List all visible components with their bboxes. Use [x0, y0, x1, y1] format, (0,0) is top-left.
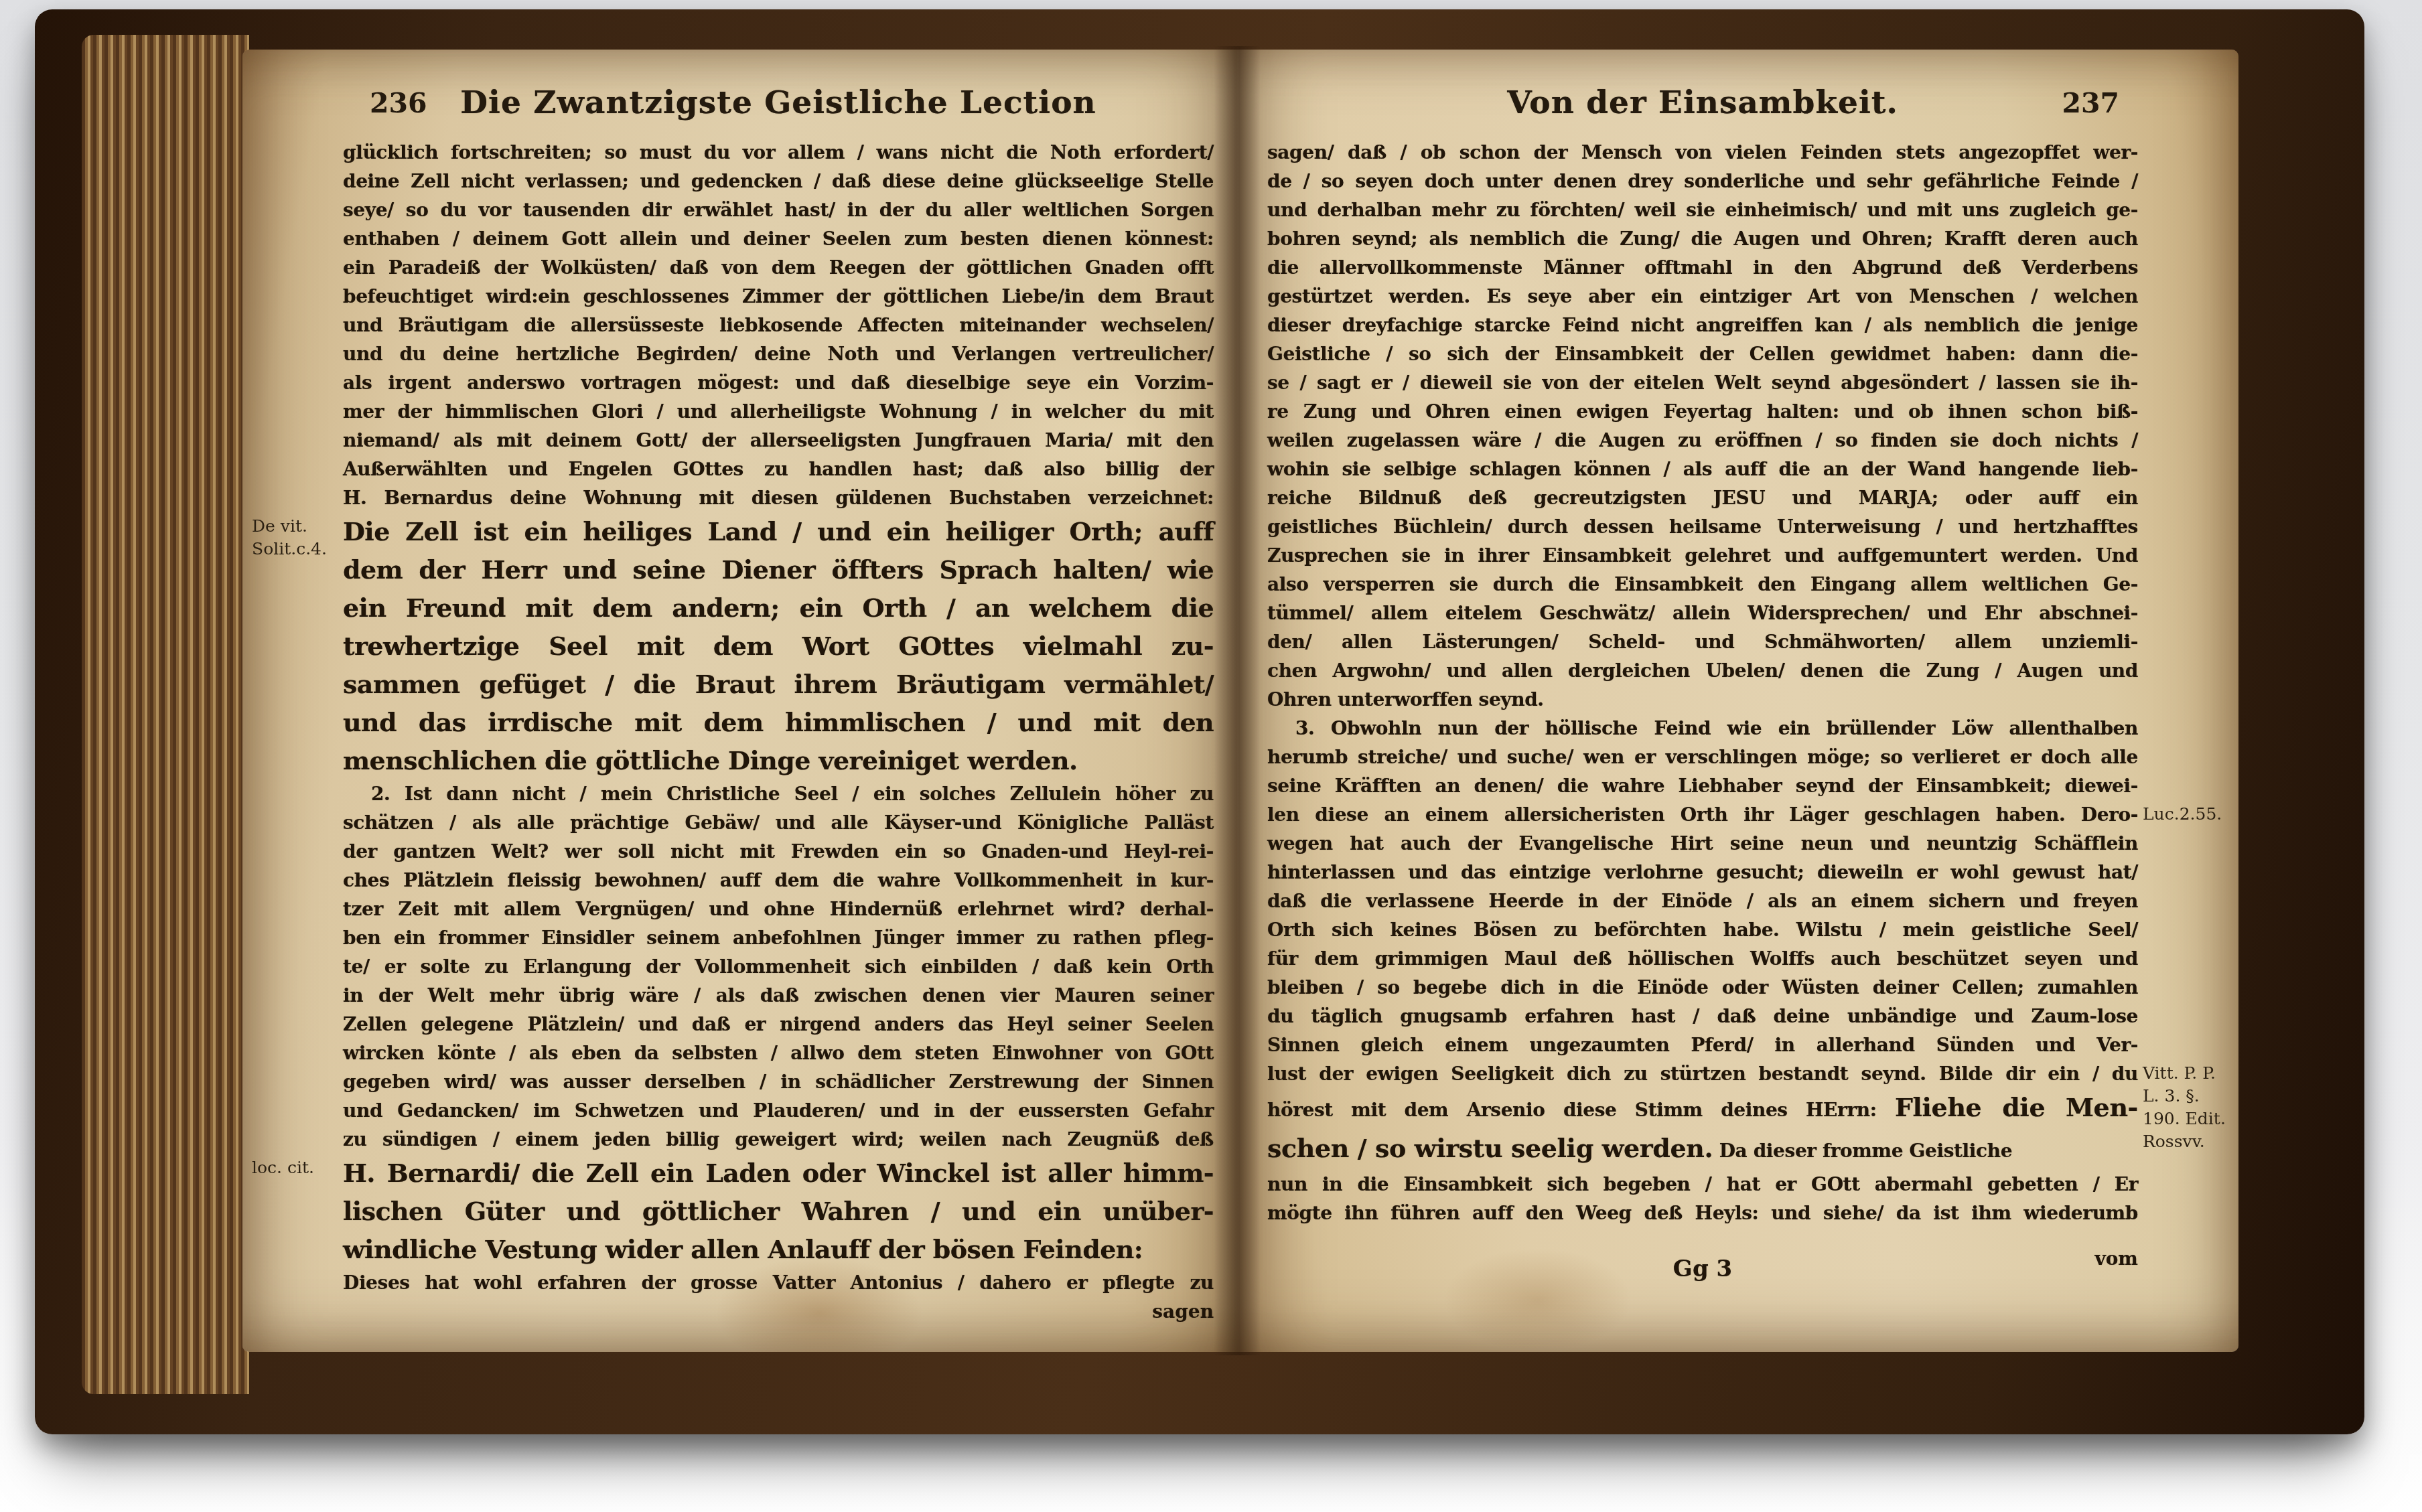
text-line: gegeben wird/ was ausser derselben / in … [343, 1067, 1214, 1096]
text-line: und derhalban mehr zu förchten/ weil sie… [1267, 196, 2138, 224]
text-line: den/ allen Lästerungen/ Scheld- und Schm… [1267, 627, 2138, 656]
right-text-block: sagen/ daß / ob schon der Mensch von vie… [1267, 138, 2138, 1227]
text-line: re Zung und Ohren einen ewigen Feyertag … [1267, 397, 2138, 426]
text-line: Sinnen gleich einem ungezaumten Pferd/ i… [1267, 1031, 2138, 1059]
text-line: als irgent anderswo vortragen mögest: un… [343, 368, 1214, 397]
text-line: hinterlassen und das eintzige verlohrne … [1267, 858, 2138, 887]
text-line: befeuchtiget wird:ein geschlossenes Zimm… [343, 282, 1214, 311]
text-line: schen / so wirstu seelig werden. Da dies… [1267, 1129, 2138, 1170]
text-line: dem der Herr und seine Diener öffters Sp… [343, 550, 1214, 589]
text-line: len diese an einem allersicheristen Orth… [1267, 800, 2138, 829]
left-header-title: Die Zwantzigste Geistliche Lection [343, 84, 1214, 121]
text-line: ches Plätzlein fleissig bewohnen/ auff d… [343, 866, 1214, 895]
left-page: 236 Die Zwantzigste Geistliche Lection g… [242, 50, 1237, 1352]
text-line: herumb streiche/ und suche/ wen er versc… [1267, 743, 2138, 771]
left-catchword: sagen [343, 1297, 1214, 1326]
text-line: mögte ihn führen auff den Weeg deß Heyls… [1267, 1199, 2138, 1227]
left-page-number: 236 [370, 87, 427, 119]
text-line: se / sagt er / dieweil sie von der eitel… [1267, 368, 2138, 397]
text-line: und das irrdische mit dem himmlischen / … [343, 703, 1214, 741]
text-line: dieser dreyfachige starcke Feind nicht a… [1267, 311, 2138, 339]
text-line: du täglich gnugsamb erfahren hast / daß … [1267, 1002, 2138, 1031]
photo-of-open-book: { "photo": { "background_color": "#e6e7e… [0, 0, 2422, 1512]
text-line: also versperren sie durch die Einsambkei… [1267, 570, 2138, 599]
text-line: de / so seyen doch unter denen drey sond… [1267, 167, 2138, 196]
text-line: wegen hat auch der Evangelische Hirt sei… [1267, 829, 2138, 858]
text-line: gestürtzet werden. Es seye aber ein eint… [1267, 282, 2138, 311]
text-line: geistliches Büchlein/ durch dessen heils… [1267, 512, 2138, 541]
text-line: te/ er solte zu Erlangung der Vollommenh… [343, 952, 1214, 981]
left-text-block: glücklich fortschreiten; so must du vor … [343, 138, 1214, 1297]
text-line: tzer Zeit mit allem Vergnügen/ und ohne … [343, 895, 1214, 923]
text-line: wohin sie selbige schlagen können / als … [1267, 455, 2138, 483]
text-line: Ohren unterworffen seynd. [1267, 685, 2138, 714]
text-line: trewhertzige Seel mit dem Wort GOttes vi… [343, 627, 1214, 665]
text-line: sammen gefüget / die Braut ihrem Bräutig… [343, 665, 1214, 703]
text-line: Außerwählten und Engelen GOttes zu handl… [343, 455, 1214, 483]
gathering-signature: Gg 3 [1267, 1256, 2138, 1282]
text-line: chen Argwohn/ und allen dergleichen Ubel… [1267, 656, 2138, 685]
text-line: ein Freund mit dem andern; ein Orth / an… [343, 589, 1214, 627]
page-edges-left [82, 35, 249, 1394]
text-line: Zellen gelegene Plätzlein/ und daß er ni… [343, 1010, 1214, 1039]
text-line: mer der himmlischen Glori / und allerhei… [343, 397, 1214, 426]
margin-note: loc. cit. [252, 1156, 340, 1179]
text-line: enthaben / deinem Gott allein und deiner… [343, 224, 1214, 253]
text-line: nun in die Einsambkeit sich begeben / ha… [1267, 1170, 2138, 1199]
text-line: H. Bernardus deine Wohnung mit diesen gü… [343, 483, 1214, 512]
text-line: seine Kräfften an denen/ die wahre Liebh… [1267, 771, 2138, 800]
text-line: lust der ewigen Seeligkeit dich zu stürt… [1267, 1059, 2138, 1088]
text-line: reiche Bildnuß deß gecreutzigsten JESU u… [1267, 483, 2138, 512]
text-line: Die Zell ist ein heiliges Land / und ein… [343, 512, 1214, 550]
text-line: und du deine hertzliche Begirden/ deine … [343, 339, 1214, 368]
text-line: und Bräutigam die allersüsseste liebkose… [343, 311, 1214, 339]
left-running-head: 236 Die Zwantzigste Geistliche Lection [343, 84, 1214, 121]
margin-note: De vit.Solit.c.4. [252, 515, 340, 560]
text-line: ben ein frommer Einsidler seinem anbefoh… [343, 923, 1214, 952]
text-line: Zusprechen sie in ihrer Einsambkeit gele… [1267, 541, 2138, 570]
text-line: in der Welt mehr übrig wäre / als daß zw… [343, 981, 1214, 1010]
text-line: niemand/ als mit deinem Gott/ der allers… [343, 426, 1214, 455]
text-line: hörest mit dem Arsenio diese Stimm deine… [1267, 1088, 2138, 1129]
text-line: bohren seynd; als nemblich die Zung/ die… [1267, 224, 2138, 253]
right-running-head: Von der Einsambkeit. 237 [1267, 84, 2138, 121]
text-line: deine Zell nicht verlassen; und gedencke… [343, 167, 1214, 196]
right-header-title: Von der Einsambkeit. [1267, 84, 2138, 121]
text-line: wircken könte / als eben da selbsten / a… [343, 1039, 1214, 1067]
right-page: Von der Einsambkeit. 237 sagen/ daß / ob… [1237, 50, 2238, 1352]
text-line: zu sündigen / einem jeden billig geweige… [343, 1125, 1214, 1154]
text-line: tümmel/ allem eitelem Geschwätz/ allein … [1267, 599, 2138, 627]
text-line: 2. Ist dann nicht / mein Christliche See… [343, 779, 1214, 808]
text-line: weilen zugelassen wäre / die Augen zu er… [1267, 426, 2138, 455]
text-line: Orth sich keines Bösen zu beförchten hab… [1267, 915, 2138, 944]
text-line: daß die verlassene Heerde in der Einöde … [1267, 887, 2138, 915]
text-line: seye/ so du vor tausenden dir erwählet h… [343, 196, 1214, 224]
text-line: lischen Güter und göttlicher Wahren / un… [343, 1192, 1214, 1230]
margin-note: Vitt. P. P.L. 3. §.190. Edit.Rossvv. [2143, 1062, 2236, 1153]
text-line: bleiben / so begebe dich in die Einöde o… [1267, 973, 2138, 1002]
text-line: die allervollkommenste Männer offtmahl i… [1267, 253, 2138, 282]
text-line: sagen/ daß / ob schon der Mensch von vie… [1267, 138, 2138, 167]
text-line: Geistliche / so sich der Einsambkeit der… [1267, 339, 2138, 368]
margin-note: Luc.2.55. [2143, 803, 2236, 826]
right-page-footer: Gg 3 vom [1267, 1256, 2138, 1289]
text-line: H. Bernardi/ die Zell ein Laden oder Win… [343, 1154, 1214, 1192]
text-line: schätzen / als alle prächtige Gebäw/ und… [343, 808, 1214, 837]
right-page-number: 237 [2062, 87, 2119, 119]
text-line: 3. Obwohln nun der höllische Feind wie e… [1267, 714, 2138, 743]
text-line: menschlichen die göttliche Dinge vereini… [343, 741, 1214, 779]
text-line: glücklich fortschreiten; so must du vor … [343, 138, 1214, 167]
book: 236 Die Zwantzigste Geistliche Lection g… [35, 9, 2364, 1434]
text-line: ein Paradeiß der Wolküsten/ daß von dem … [343, 253, 1214, 282]
right-catchword: vom [2094, 1248, 2138, 1270]
text-line: der gantzen Welt? wer soll nicht mit Fre… [343, 837, 1214, 866]
text-line: Dieses hat wohl erfahren der grosse Vatt… [343, 1268, 1214, 1297]
text-line: für dem grimmigen Maul deß höllischen Wo… [1267, 944, 2138, 973]
text-line: und Gedancken/ im Schwetzen und Plaudere… [343, 1096, 1214, 1125]
text-line: windliche Vestung wider allen Anlauff de… [343, 1230, 1214, 1268]
